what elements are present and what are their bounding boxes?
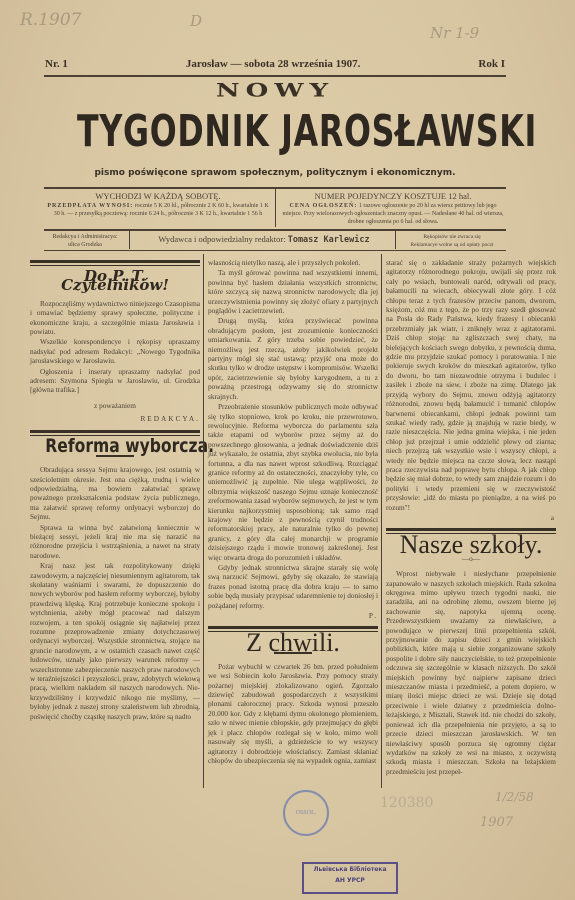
double-rule [30,260,200,266]
handwritten-year: 1907 [480,815,513,830]
reform-paragraph: Drugą myślą, która przyświecać powinna o… [208,316,378,401]
column-2: własnością nietylko naszą, ale i przyszł… [208,258,378,765]
zchwili-signature: a [386,513,556,522]
complaints-notice: Reklamacye wolne są od opłaty poczt [398,241,506,249]
ossolineum-stamp: OSSOL. [283,790,329,836]
administration-address: ulica Grodzka [44,241,126,249]
header-bottom-rule [44,250,506,251]
subscription-label: PRZEDPŁATA WYNOSI: [47,203,133,209]
reform-paragraph: Kraj nasz jest tak rozpolitykowany dzięk… [30,561,200,721]
editor-name: Tomasz Karlewicz [288,235,370,245]
notice-divider [395,231,396,249]
reform-paragraph: Obradująca sessya Sejmu krajowego, jest … [30,465,200,521]
newspaper-page: R.1907 D Nr 1-9 Nr. 1 Jarosław — sobota … [0,0,575,900]
readers-signature: REDAKCYA. [30,414,200,423]
masthead-title: TYGODNIK JAROSŁAWSKI [77,106,473,157]
reform-paragraph: Ta myśl górować powinna nad wszystkiemi … [208,268,378,315]
manuscripts-notice: Rękopisów nie zwraca się [398,233,506,241]
stamp-text: OSSOL. [296,810,317,816]
readers-paragraph: Ogłoszenia i inseraty upraszamy nadsyłać… [30,367,200,395]
advert-price-label: CENA OGŁOSZEŃ: [290,203,358,209]
reform-paragraph: Gdyby jednak stronnictwa skrajne starały… [208,563,378,610]
info-divider [275,189,276,227]
pencil-mark-catalog: R.1907 [20,10,81,30]
handwritten-date: 1/2/58 [495,790,534,804]
library-stamp-line1: Львівська Бібліотека [304,864,396,875]
publication-schedule: WYCHODZI W KAŻDĄ SOBOTĘ. [44,191,272,202]
zchwili-paragraph: starać się o zakładanie straży pożarnych… [386,258,556,512]
reform-paragraph: własnością nietylko naszą, ale i przyszł… [208,258,378,267]
single-issue-price: NUMER POJEDYNCZY KOSZTUJE 12 hal. [280,191,506,202]
readers-paragraph: Rozpoczęliśmy wydawnictwo niniejszego Cz… [30,299,200,337]
notices-box: Rękopisów nie zwraca się Reklamacye woln… [398,233,506,249]
masthead-subtitle: pismo poświęcone sprawom społecznym, pol… [44,168,506,178]
pencil-mark-center: D [190,12,202,30]
schools-paragraph: Wprost niebywałe i niesłychane przepełni… [386,569,556,776]
zchwili-heading: Z chwili. [208,638,378,647]
info-rule-bottom [44,229,506,231]
dateline-row: Nr. 1 Jarosław — sobota 28 września 1907… [45,58,505,70]
issue-date: Jarosław — sobota 28 września 1907. [186,58,361,70]
column-3: starać się o zakładanie straży pożarnych… [386,258,556,776]
column-1: Do P. T. Czytelników! Rozpoczęliśmy wyda… [30,254,200,721]
column-divider [381,254,382,788]
inventory-number: 120380 [380,795,433,811]
column-divider [203,254,204,788]
advert-price-box: NUMER POJEDYNCZY KOSZTUJE 12 hal. CENA O… [280,191,506,226]
administration-box: Redakcya i Administracya: ulica Grodzka [44,233,126,249]
editor-box: Wydawca i odpowiedzialny redaktor: Tomas… [134,235,394,244]
volume-year: Rok I [478,58,505,70]
library-stamp: Львівська Бібліотека АН УРСР [302,862,398,894]
reform-signature: P. [208,611,378,620]
masthead-title-top: NOWY [44,81,506,102]
editor-label: Wydawca i odpowiedzialny redaktor: [158,234,285,244]
readers-closing: z poważaniem [30,401,200,410]
issue-number: Nr. 1 [45,58,68,70]
reform-paragraph: Sprawa ta winna być załatwioną konieczni… [30,523,200,561]
reform-paragraph: Przeobrażenie stosunków publicznych może… [208,402,378,562]
zchwili-paragraph: Pożar wybuchł w czwartek 26 bm. przed po… [208,662,378,765]
administration-label: Redakcya i Administracya: [44,233,126,241]
reform-heading: Reforma wyborcza. [45,442,184,451]
admin-divider [129,231,130,249]
readers-paragraph: Wszelkie korespondencye i rękopisy upras… [30,337,200,365]
readers-heading: Do P. T. Czytelników! [30,272,200,291]
schools-heading: Nasze szkoły. [386,540,556,549]
library-stamp-line2: АН УРСР [304,875,396,886]
subscription-box: WYCHODZI W KAŻDĄ SOBOTĘ. PRZEDPŁATA WYNO… [44,191,272,218]
masthead-rule [44,75,506,77]
pencil-mark-issue-range: Nr 1-9 [430,24,479,42]
